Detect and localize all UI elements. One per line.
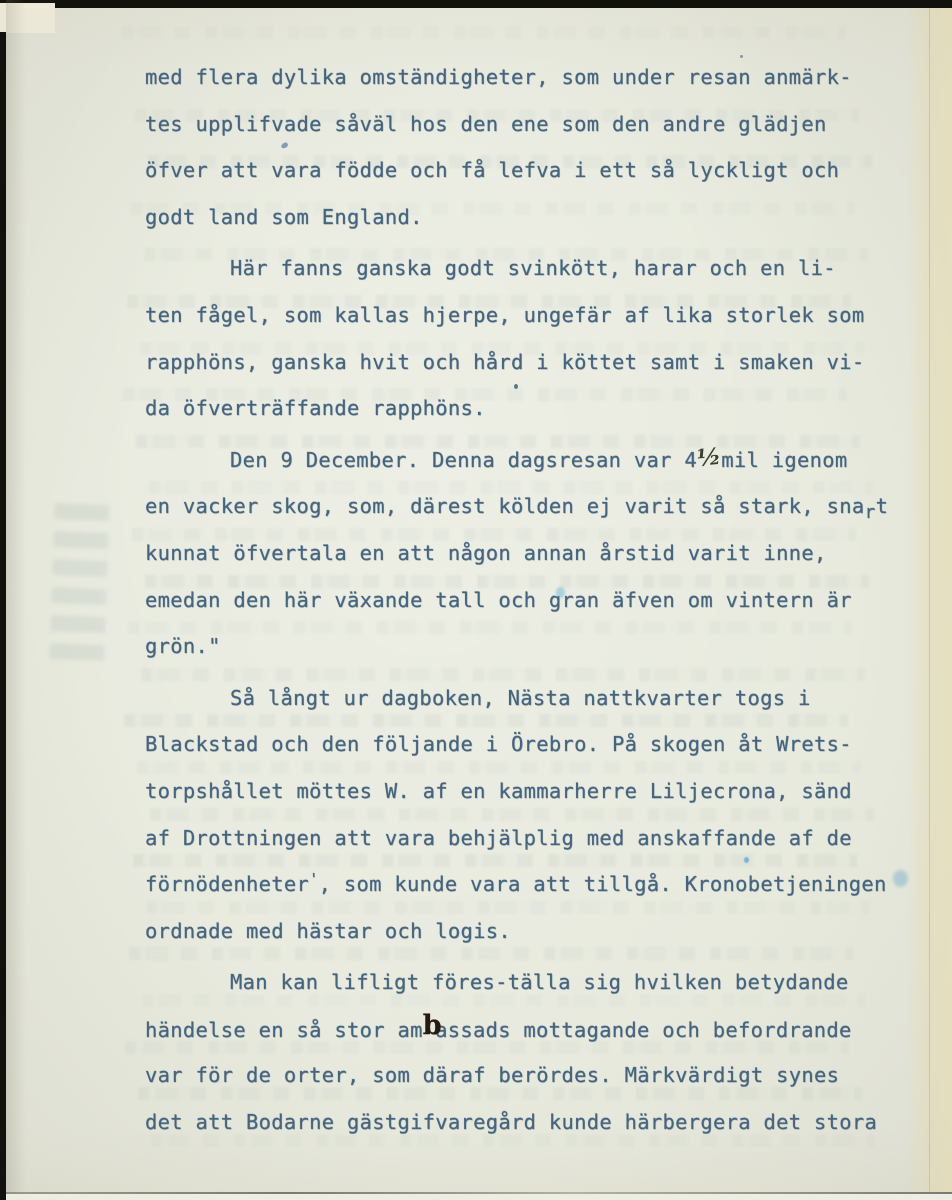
- text-line: en vacker skog, som, därest kölden ej va…: [145, 483, 905, 530]
- text-line: förnödenheter', som kunde vara att tillg…: [145, 861, 905, 908]
- text-line: Så långt ur dagboken, Nästa nattkvarter …: [145, 675, 905, 722]
- ghost-bleedthrough-stamp: [49, 499, 110, 661]
- typewritten-segment: mil igenom: [721, 448, 847, 472]
- typewritten-segment: ten fågel, som kallas hjerpe, ungefär af…: [145, 303, 864, 327]
- typewritten-segment: emedan den här växande tall och gran äfv…: [145, 588, 852, 612]
- text-line: ten fågel, som kallas hjerpe, ungefär af…: [145, 292, 905, 339]
- handwritten-letter-b: b: [423, 1003, 435, 1050]
- stray-apostrophe: ': [309, 856, 319, 903]
- text-line: det att Bodarne gästgifvaregård kunde hä…: [145, 1099, 905, 1146]
- typewritten-segment: det att Bodarne gästgifvaregård kunde hä…: [145, 1110, 877, 1134]
- ghost-bleedthrough-row: [122, 26, 846, 39]
- dropped-letter: r: [864, 490, 875, 537]
- text-line: torpshållet möttes W. af en kammarherre …: [145, 768, 905, 815]
- page-left-shadow: [6, 0, 26, 1200]
- text-line: grön.": [145, 623, 905, 670]
- typewritten-segment: , som kunde vara att tillgå. Kronobetjen…: [319, 872, 887, 896]
- page-edge-top: [55, 0, 952, 8]
- typewritten-segment: da öfverträffande rapphöns.: [145, 396, 486, 420]
- typewritten-segment: Här fanns ganska godt svinkött, harar oc…: [230, 256, 836, 280]
- typewritten-segment: Så långt ur dagboken, Nästa nattkvarter …: [230, 686, 811, 710]
- typewritten-segment: förnödenheter: [145, 872, 309, 896]
- text-line: Blackstad och den följande i Örebro. På …: [145, 721, 905, 768]
- typewritten-segment: en vacker skog, som, därest kölden ej va…: [145, 494, 864, 518]
- text-line: Man kan lifligt föres-tälla sig hvilken …: [145, 959, 905, 1006]
- typewritten-segment: var för de orter, som däraf berördes. Mä…: [145, 1063, 839, 1087]
- typewritten-segment: kunnat öfvertala en att någon annan årst…: [145, 541, 827, 565]
- handwritten-fraction: ½: [695, 434, 724, 483]
- typewritten-segment: grön.": [145, 634, 221, 658]
- typewritten-segment: godt land som England.: [145, 205, 423, 229]
- typewritten-segment: assads mottagande och befordrande: [435, 1018, 852, 1042]
- text-line: af Drottningen att vara behjälplig med a…: [145, 815, 905, 862]
- typewritten-segment: rapphöns, ganska hvit och hård i köttet …: [145, 350, 864, 374]
- typewritten-segment: tes upplifvade såväl hos den ene som den…: [145, 112, 827, 136]
- text-line: kunnat öfvertala en att någon annan årst…: [145, 530, 905, 577]
- typewritten-text: med flera dylika omständigheter, som und…: [145, 54, 905, 1146]
- text-line: Här fanns ganska godt svinkött, harar oc…: [145, 245, 905, 292]
- typewritten-segment: Den 9 December. Denna dagsresan var 4: [230, 448, 697, 472]
- text-line: var för de orter, som däraf berördes. Mä…: [145, 1052, 905, 1099]
- typewritten-segment: t: [876, 494, 889, 518]
- text-line: emedan den här växande tall och gran äfv…: [145, 577, 905, 624]
- page-bottom-strip: [6, 1194, 952, 1200]
- text-line: ordnade med hästar och logis.: [145, 908, 905, 955]
- text-line: tes upplifvade såväl hos den ene som den…: [145, 101, 905, 148]
- text-line: öfver att vara födde och få lefva i ett …: [145, 147, 905, 194]
- typewritten-segment: ordnade med hästar och logis.: [145, 919, 511, 943]
- text-line: med flera dylika omständigheter, som und…: [145, 54, 905, 101]
- typewritten-segment: torpshållet möttes W. af en kammarherre …: [145, 779, 852, 803]
- text-line: rapphöns, ganska hvit och hård i köttet …: [145, 339, 905, 386]
- text-line: händelse en så stor ambassads mottagande…: [145, 1006, 905, 1053]
- typewritten-segment: öfver att vara födde och få lefva i ett …: [145, 158, 839, 182]
- text-line: Den 9 December. Denna dagsresan var 4½mi…: [145, 437, 905, 484]
- typewritten-segment: Man kan lifligt föres-tälla sig hvilken …: [230, 970, 848, 994]
- typewritten-segment: händelse en så stor am: [145, 1018, 423, 1042]
- text-line: godt land som England.: [145, 194, 905, 241]
- text-line: da öfverträffande rapphöns.: [145, 385, 905, 432]
- page-right-edge-line: [929, 8, 930, 1192]
- typewritten-segment: med flera dylika omständigheter, som und…: [145, 65, 852, 89]
- typewritten-segment: af Drottningen att vara behjälplig med a…: [145, 826, 852, 850]
- typewritten-segment: Blackstad och den följande i Örebro. På …: [145, 732, 852, 756]
